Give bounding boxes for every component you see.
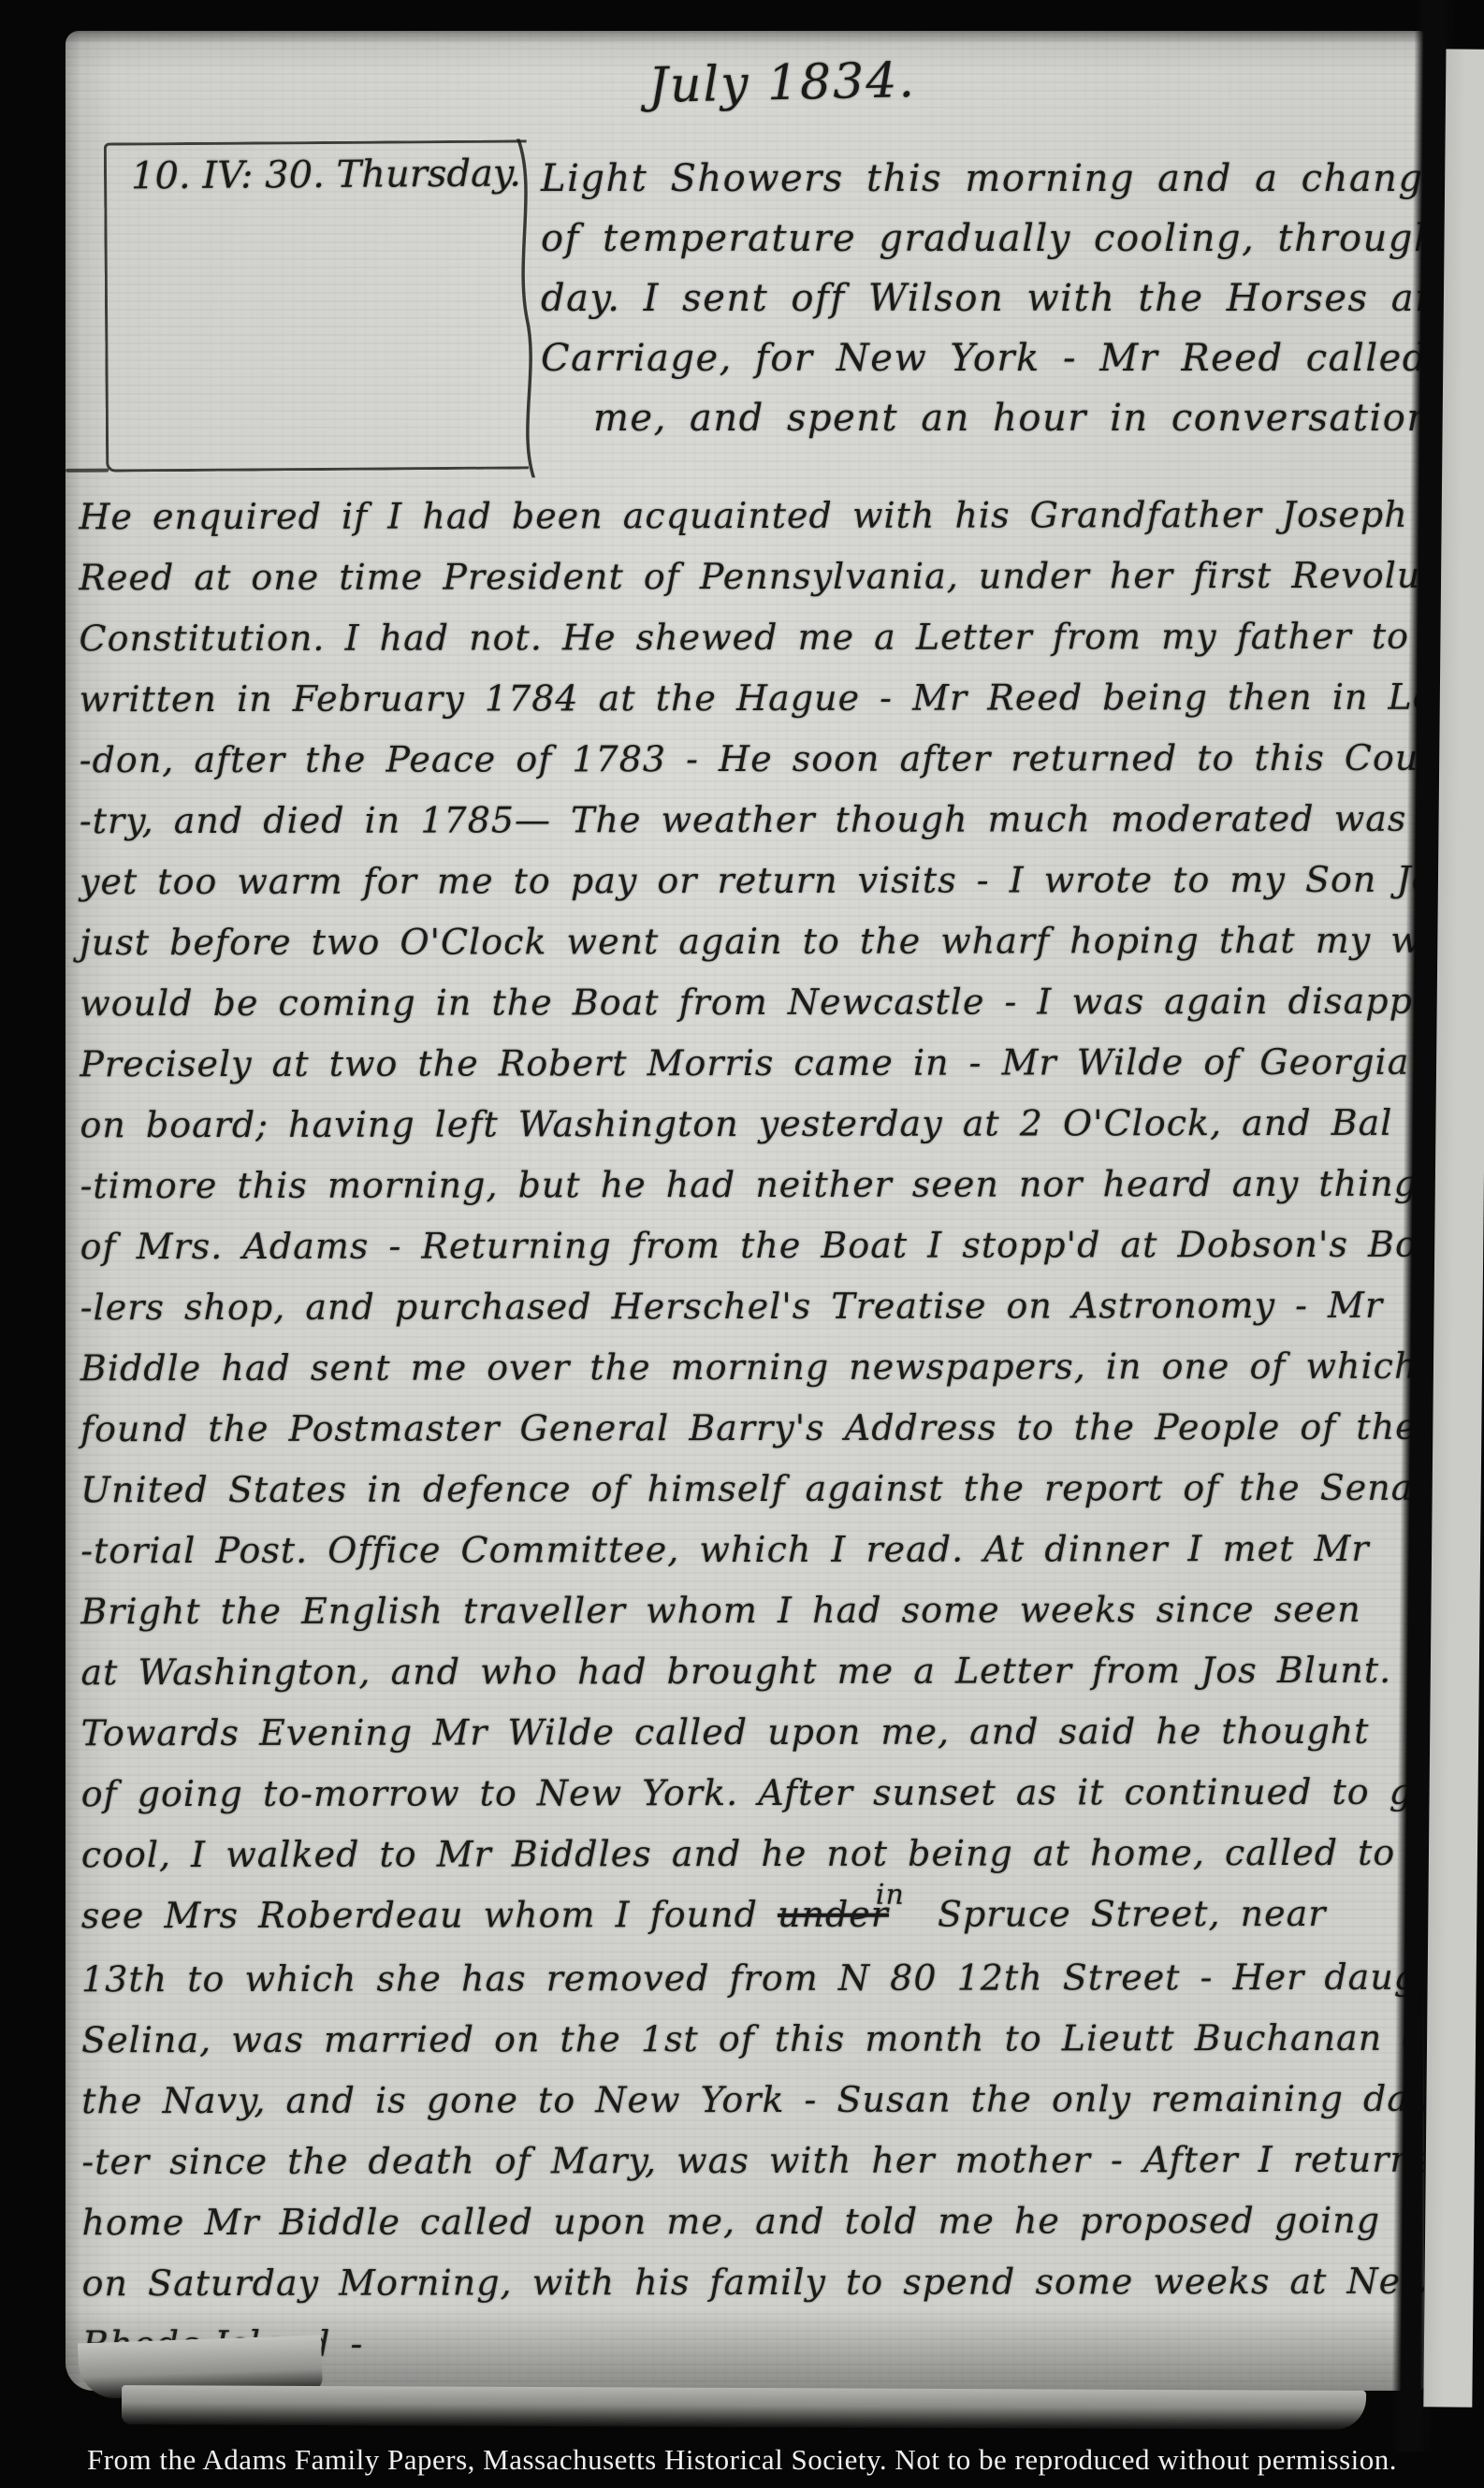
manuscript-line: on board; having left Washington yesterd… — [80, 1093, 1418, 1156]
manuscript-line: -don, after the Peace of 1783 - He soon … — [80, 728, 1418, 791]
manuscript-line: Precisely at two the Robert Morris came … — [80, 1032, 1418, 1095]
manuscript-line: of Mrs. Adams - Returning from the Boat … — [80, 1215, 1419, 1277]
manuscript-line: at Washington, and who had brought me a … — [80, 1640, 1419, 1703]
manuscript-line: -try, and died in 1785— The weather thou… — [80, 789, 1418, 851]
page-stack-edge — [122, 2385, 1366, 2430]
entry-date-heading: 10. IV: 30. Thursday. — [131, 152, 527, 197]
manuscript-line: -lers shop, and purchased Herschel's Tre… — [80, 1275, 1419, 1338]
manuscript-page: July 1834. 10. IV: 30. Thursday. Light S… — [65, 31, 1424, 2391]
manuscript-line: Bright the English traveller whom I had … — [80, 1579, 1419, 1642]
entry-body-lines: He enquired if I had been acquainted wit… — [79, 485, 1420, 2375]
date-box-brace-icon — [512, 138, 543, 477]
entry-opening-lines: Light Showers this morning and a change … — [541, 149, 1424, 448]
manuscript-line: cool, I walked to Mr Biddles and he not … — [81, 1823, 1419, 1885]
archive-caption: From the Adams Family Papers, Massachuse… — [0, 2443, 1484, 2477]
manuscript-line: would be coming in the Boat from Newcast… — [80, 971, 1418, 1034]
manuscript-line: United States in defence of himself agai… — [80, 1458, 1419, 1520]
manuscript-line: of temperature gradually cooling, throug… — [541, 209, 1424, 269]
manuscript-line: day. I sent off Wilson with the Horses a… — [541, 269, 1424, 328]
manuscript-line: me, and spent an hour in conversation wi… — [593, 388, 1424, 448]
manuscript-line: Biddle had sent me over the morning news… — [80, 1336, 1419, 1399]
date-box: 10. IV: 30. Thursday. — [104, 139, 529, 472]
manuscript-line: Constitution. I had not. He shewed me a … — [79, 606, 1417, 669]
manuscript-line: -torial Post. Office Committee, which I … — [80, 1519, 1419, 1581]
manuscript-line: on Saturday Morning, with his family to … — [82, 2251, 1420, 2314]
manuscript-line: Reed at one time President of Pennsylvan… — [79, 546, 1417, 608]
diary-scan: July 1834. 10. IV: 30. Thursday. Light S… — [0, 0, 1484, 2488]
manuscript-line: Towards Evening Mr Wilde called upon me,… — [81, 1701, 1419, 1764]
manuscript-line: Selina, was married on the 1st of this m… — [81, 2008, 1419, 2071]
manuscript-line: home Mr Biddle called upon me, and told … — [81, 2190, 1419, 2253]
manuscript-line: yet too warm for me to pay or return vis… — [80, 850, 1418, 912]
visitor-name — [131, 208, 527, 211]
visitor-name — [131, 208, 527, 211]
manuscript-line: written in February 1784 at the Hague - … — [80, 667, 1418, 730]
manuscript-line: -timore this morning, but he had neither… — [80, 1154, 1418, 1216]
visitor-name-list — [131, 208, 527, 211]
visitor-name — [131, 208, 527, 211]
manuscript-line: of going to-morrow to New York. After su… — [81, 1762, 1419, 1825]
manuscript-line: -ter since the death of Mary, was with h… — [81, 2130, 1419, 2192]
manuscript-line: the Navy, and is gone to New York - Susa… — [81, 2069, 1419, 2132]
manuscript-line: just before two O'Clock went again to th… — [80, 910, 1418, 973]
manuscript-line: He enquired if I had been acquainted wit… — [79, 485, 1417, 547]
manuscript-line: Light Showers this morning and a change — [541, 149, 1424, 209]
manuscript-line: 13th to which she has removed from N 80 … — [81, 1947, 1419, 2010]
page-title: July 1834. — [103, 41, 1424, 125]
manuscript-line: Carriage, for New York - Mr Reed called … — [541, 328, 1424, 388]
manuscript-line: found the Postmaster General Barry's Add… — [80, 1397, 1419, 1460]
manuscript-line: see Mrs Roberdeau whom I found underin S… — [81, 1884, 1419, 1949]
